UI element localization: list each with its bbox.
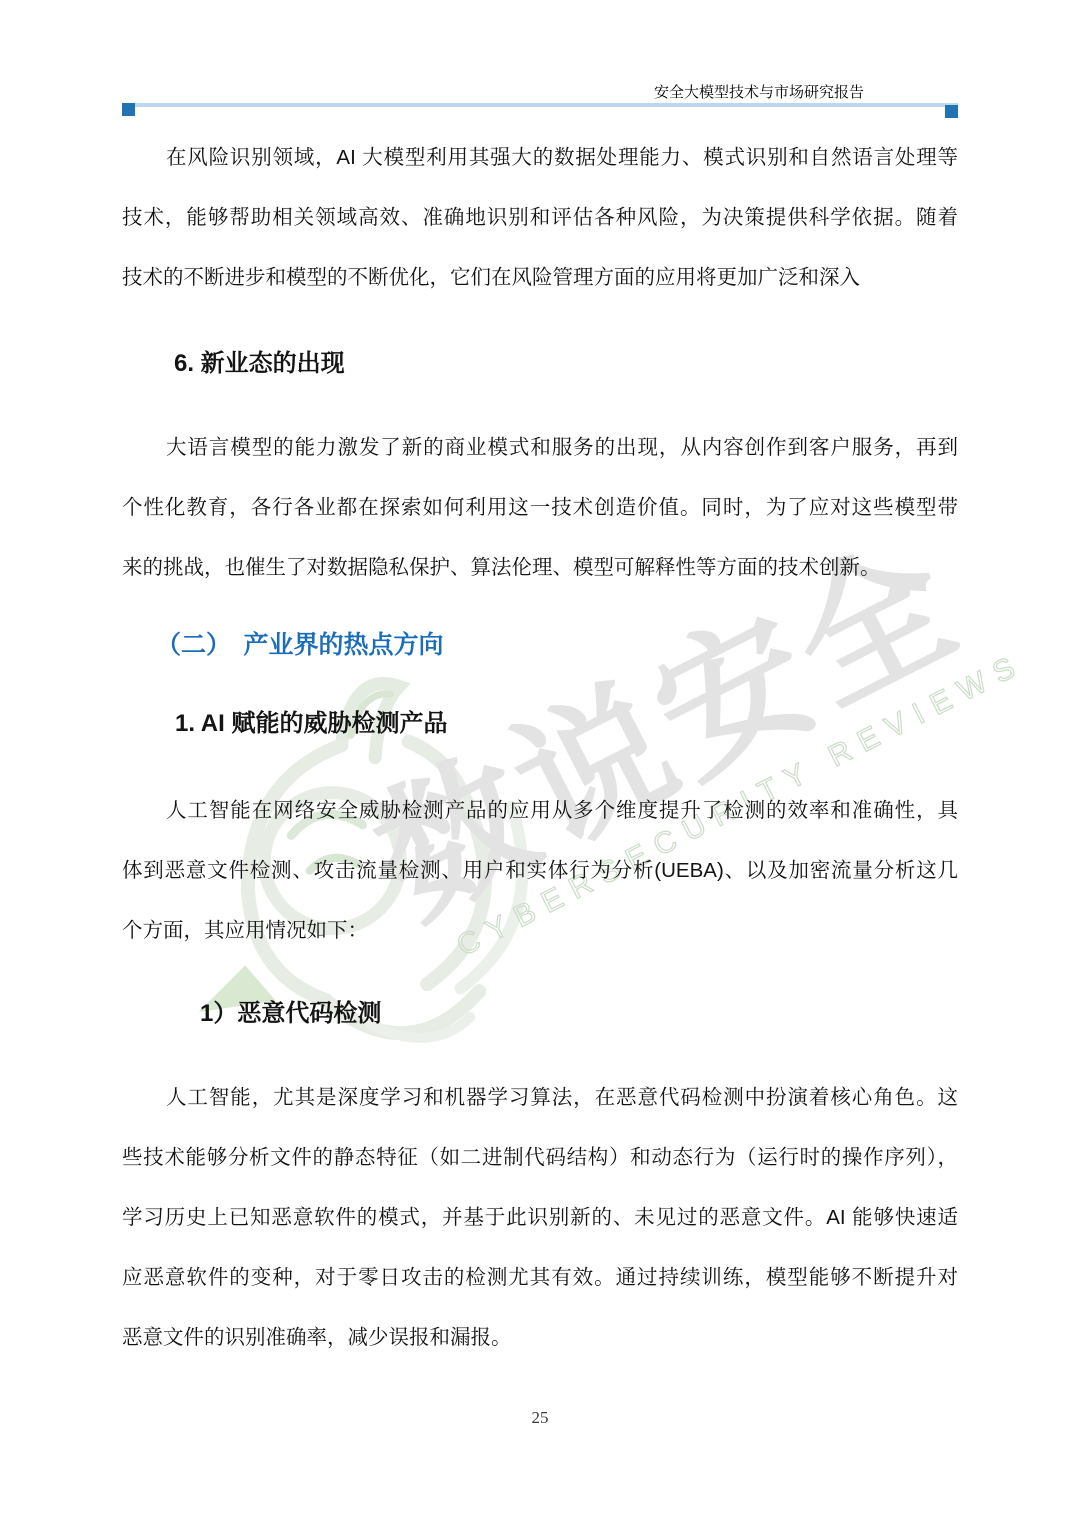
- header-rule-line: [122, 103, 958, 107]
- paragraph-malicious-code-detail: 人工智能，尤其是深度学习和机器学习算法，在恶意代码检测中扮演着核心角色。这 些技…: [122, 1068, 958, 1368]
- text-line: 个性化教育，各行各业都在探索如何利用这一技术创造价值。同时，为了应对这些模型带: [122, 478, 958, 538]
- paragraph-llm-business: 大语言模型的能力激发了新的商业模式和服务的出现，从内容创作到客户服务，再到 个性…: [122, 418, 958, 598]
- text-line: 来的挑战，也催生了对数据隐私保护、算法伦理、模型可解释性等方面的技术创新。: [122, 538, 958, 598]
- heading-ai-threat-detection-products: 1. AI 赋能的威胁检测产品: [122, 694, 958, 754]
- page-content: 安全大模型技术与市场研究报告 在风险识别领域，AI 大模型利用其强大的数据处理能…: [122, 0, 958, 1368]
- header-rule: [122, 103, 958, 117]
- header-rule-square-left: [122, 103, 135, 116]
- text-line: 人工智能在网络安全威胁检测产品的应用从多个维度提升了检测的效率和准确性，具: [122, 781, 958, 841]
- text-line: 应恶意软件的变种，对于零日攻击的检测尤其有效。通过持续训练，模型能够不断提升对: [122, 1248, 958, 1308]
- text-line: 学习历史上已知恶意软件的模式，并基于此识别新的、未见过的恶意文件。AI 能够快速…: [122, 1188, 958, 1248]
- text-line: 在风险识别领域，AI 大模型利用其强大的数据处理能力、模式识别和自然语言处理等: [122, 128, 958, 188]
- heading-new-business-models: 6. 新业态的出现: [122, 334, 958, 394]
- text-line: 技术的不断进步和模型的不断优化，它们在风险管理方面的应用将更加广泛和深入: [122, 248, 958, 308]
- heading-malicious-code-detection: 1）恶意代码检测: [122, 984, 958, 1044]
- text-line: 技术，能够帮助相关领域高效、准确地识别和评估各种风险，为决策提供科学依据。随着: [122, 188, 958, 248]
- text-line: 恶意文件的识别准确率，减少误报和漏报。: [122, 1308, 958, 1368]
- text-line: 体到恶意文件检测、攻击流量检测、用户和实体行为分析(UEBA)、以及加密流量分析…: [122, 841, 958, 901]
- header-title: 安全大模型技术与市场研究报告: [122, 83, 958, 103]
- text-line: 人工智能，尤其是深度学习和机器学习算法，在恶意代码检测中扮演着核心角色。这: [122, 1068, 958, 1128]
- text-line: 个方面，其应用情况如下：: [122, 901, 958, 961]
- text-line: 些技术能够分析文件的静态特征（如二进制代码结构）和动态行为（运行时的操作序列），: [122, 1128, 958, 1188]
- heading-industry-hotspots: （二） 产业界的热点方向: [122, 615, 958, 675]
- paragraph-ai-detection-overview: 人工智能在网络安全威胁检测产品的应用从多个维度提升了检测的效率和准确性，具 体到…: [122, 781, 958, 961]
- page-number: 25: [0, 1408, 1080, 1428]
- header-rule-square-right: [945, 105, 958, 118]
- text-line: 大语言模型的能力激发了新的商业模式和服务的出现，从内容创作到客户服务，再到: [122, 418, 958, 478]
- paragraph-risk-identification: 在风险识别领域，AI 大模型利用其强大的数据处理能力、模式识别和自然语言处理等 …: [122, 128, 958, 308]
- report-page: 数说安全 CYBERSECURITY REVIEWS 安全大模型技术与市场研究报…: [0, 0, 1080, 1527]
